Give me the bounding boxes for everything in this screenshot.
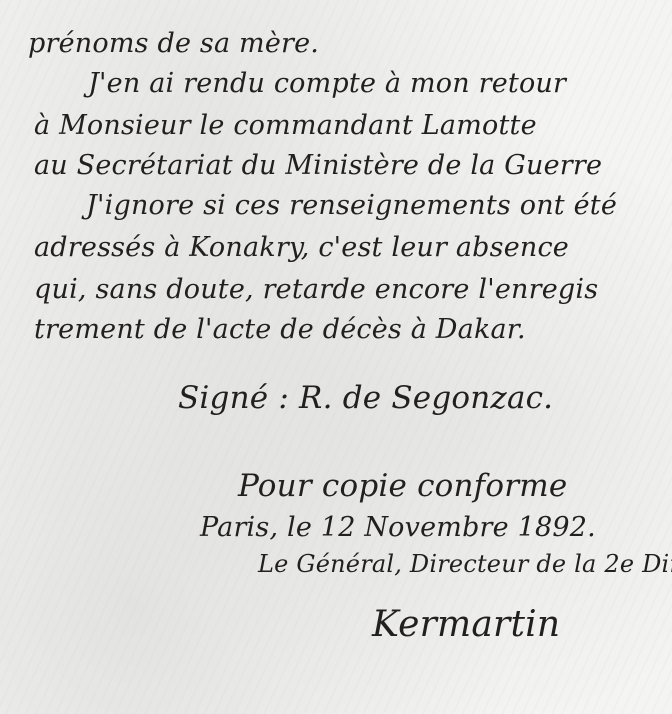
handwritten-signature: Kermartin — [372, 604, 560, 645]
place-date-line: Paris, le 12 Novembre 1892. — [200, 512, 596, 543]
text-line-6: adressés à Konakry, c'est leur absence — [34, 232, 569, 263]
text-line-4: au Secrétariat du Ministère de la Guerre — [34, 150, 602, 181]
certification-line: Pour copie conforme — [238, 468, 567, 504]
text-line-5: J'ignore si ces renseignements ont été — [86, 190, 617, 221]
text-line-2: J'en ai rendu compte à mon retour — [88, 68, 566, 99]
text-line-7: qui, sans doute, retarde encore l'enregi… — [34, 274, 598, 305]
paper-background — [0, 0, 672, 714]
text-line-3: à Monsieur le commandant Lamotte — [34, 110, 537, 141]
text-line-8: trement de l'acte de décès à Dakar. — [34, 314, 526, 345]
signatory-title: Le Général, Directeur de la 2e Direct. — [258, 550, 672, 578]
signed-line: Signé : R. de Segonzac. — [178, 380, 553, 416]
text-line-1: prénoms de sa mère. — [28, 28, 319, 59]
